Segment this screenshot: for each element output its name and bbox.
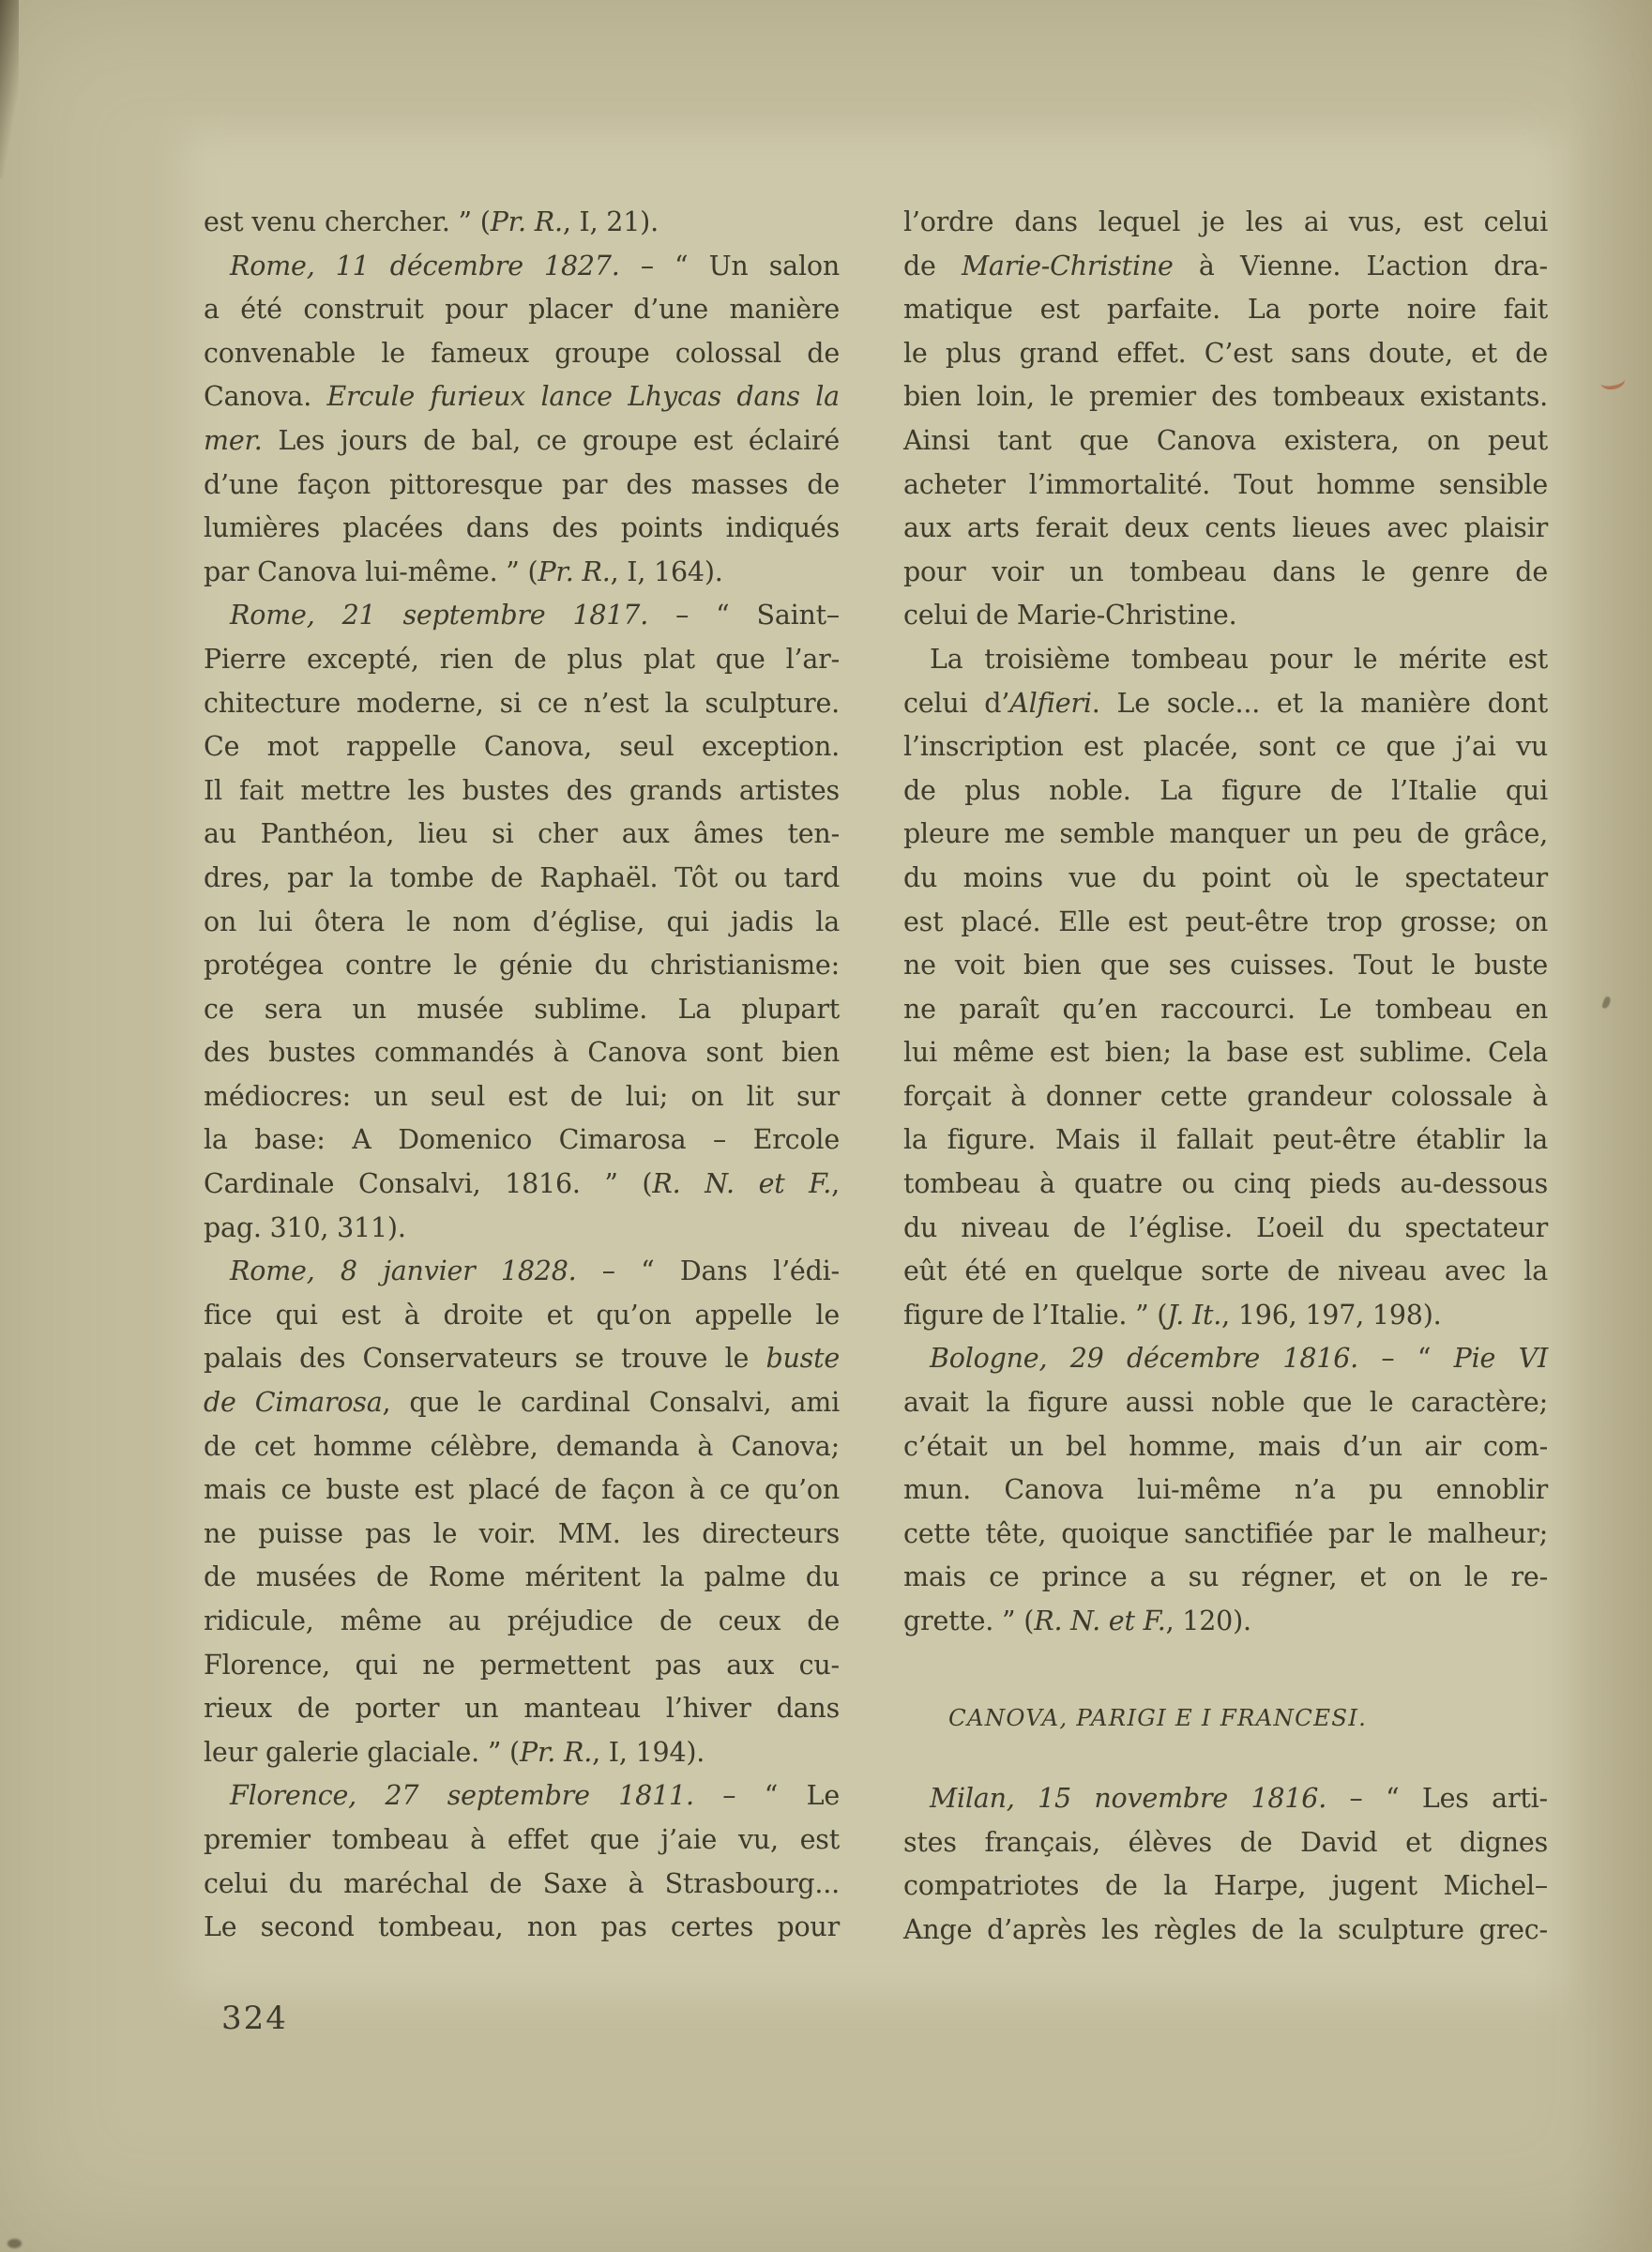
text-line: ce sera un musée sublime. La plupart: [204, 988, 840, 1032]
text-line: lumières placées dans des points indiqué…: [204, 507, 840, 551]
text-line: protégea contre le génie du christianism…: [204, 944, 840, 988]
text-line: celui d’Alfieri. Le socle... et la maniè…: [903, 682, 1548, 726]
text-line: a été construit pour placer d’une manièr…: [204, 288, 840, 332]
text-line: acheter l’immortalité. Tout homme sensib…: [903, 464, 1548, 508]
text-line: du moins vue du point où le spectateur: [903, 857, 1548, 901]
text-line: la figure. Mais il fallait peut-être éta…: [903, 1118, 1548, 1163]
text-line: cette tête, quoique sanctifiée par le ma…: [903, 1513, 1548, 1557]
section-heading: CANOVA, PARIGI E I FRANCESI.: [903, 1697, 1548, 1741]
text-line: rieux de porter un manteau l’hiver dans: [204, 1687, 840, 1731]
text-line: grette. ” (R. N. et F., 120).: [903, 1600, 1548, 1644]
text-line: au Panthéon, lieu si cher aux âmes ten-: [204, 813, 840, 857]
text-line: on lui ôtera le nom d’église, qui jadis …: [204, 901, 840, 945]
text-line: par Canova lui-même. ” (Pr. R., I, 164).: [204, 551, 840, 595]
text-line: mais ce buste est placé de façon à ce qu…: [204, 1468, 840, 1513]
text-line: figure de l’Italie. ” (J. It., 196, 197,…: [903, 1294, 1548, 1338]
text-line: palais des Conservateurs se trouve le bu…: [204, 1337, 840, 1381]
text-line: chitecture moderne, si ce n’est la sculp…: [204, 682, 840, 726]
text-line: avait la figure aussi noble que le carac…: [903, 1381, 1548, 1425]
text-line: l’ordre dans lequel je les ai vus, est c…: [903, 201, 1548, 245]
text-line: est venu chercher. ” (Pr. R., I, 21).: [204, 201, 840, 245]
scan-artifact-speck: [8, 2239, 22, 2248]
text-line: de Cimarosa, que le cardinal Consalvi, a…: [204, 1381, 840, 1425]
text-line: Milan, 15 novembre 1816. – “ Les arti-: [903, 1777, 1548, 1821]
text-line: de musées de Rome méritent la palme du: [204, 1556, 840, 1600]
text-line: matique est parfaite. La porte noire fai…: [903, 288, 1548, 332]
text-line: compatriotes de la Harpe, jugent Michel–: [903, 1864, 1548, 1909]
text-line: tombeau à quatre ou cinq pieds au-dessou…: [903, 1163, 1548, 1207]
text-line: eût été en quelque sorte de niveau avec …: [903, 1250, 1548, 1294]
text-line: mer. Les jours de bal, ce groupe est écl…: [204, 419, 840, 464]
text-line: la base: A Domenico Cimarosa – Ercole: [204, 1118, 840, 1163]
book-page: est venu chercher. ” (Pr. R., I, 21).Rom…: [0, 0, 1652, 2252]
text-line: lui même est bien; la base est sublime. …: [903, 1031, 1548, 1075]
left-text-column: est venu chercher. ” (Pr. R., I, 21).Rom…: [204, 201, 840, 1950]
text-line: leur galerie glaciale. ” (Pr. R., I, 194…: [204, 1731, 840, 1775]
text-line: stes français, élèves de David et dignes: [903, 1821, 1548, 1865]
text-line: Ange d’après les règles de la sculpture …: [903, 1909, 1548, 1953]
text-line: celui du maréchal de Saxe à Strasbourg..…: [204, 1863, 840, 1907]
text-line: forçait à donner cette grandeur colossal…: [903, 1075, 1548, 1119]
text-line: Pierre excepté, rien de plus plat que l’…: [204, 638, 840, 682]
text-line: Bologne, 29 décembre 1816. – “ Pie VI: [903, 1337, 1548, 1381]
text-line: convenable le fameux groupe colossal de: [204, 332, 840, 376]
text-line: mais ce prince a su régner, et on le re-: [903, 1556, 1548, 1600]
text-line: Florence, qui ne permettent pas aux cu-: [204, 1644, 840, 1688]
text-line: dres, par la tombe de Raphaël. Tôt ou ta…: [204, 857, 840, 901]
text-line: mun. Canova lui-même n’a pu ennoblir: [903, 1468, 1548, 1513]
text-line: c’était un bel homme, mais d’un air com-: [903, 1425, 1548, 1469]
text-line: aux arts ferait deux cents lieues avec p…: [903, 507, 1548, 551]
text-line: Rome, 21 septembre 1817. – “ Saint–: [204, 594, 840, 638]
text-line: fice qui est à droite et qu’on appelle l…: [204, 1294, 840, 1338]
text-line: pleure me semble manquer un peu de grâce…: [903, 813, 1548, 857]
text-line: le plus grand effet. C’est sans doute, e…: [903, 332, 1548, 376]
text-line: Rome, 8 janvier 1828. – “ Dans l’édi-: [204, 1250, 840, 1294]
text-line: Le second tombeau, non pas certes pour: [204, 1906, 840, 1950]
text-line: pag. 310, 311).: [204, 1207, 840, 1251]
text-line: Ce mot rappelle Canova, seul exception.: [204, 725, 840, 769]
text-line: Cardinale Consalvi, 1816. ” (R. N. et F.…: [204, 1163, 840, 1207]
text-line: du niveau de l’église. L’oeil du spectat…: [903, 1207, 1548, 1251]
right-text-column: l’ordre dans lequel je les ai vus, est c…: [903, 201, 1548, 1953]
text-line: des bustes commandés à Canova sont bien: [204, 1031, 840, 1075]
text-line: Florence, 27 septembre 1811. – “ Le: [204, 1774, 840, 1818]
text-line: est placé. Elle est peut-être trop gross…: [903, 901, 1548, 945]
text-line: pour voir un tombeau dans le genre de: [903, 551, 1548, 595]
scan-edge-shading: [1568, 0, 1652, 2252]
text-line: l’inscription est placée, sont ce que j’…: [903, 725, 1548, 769]
text-line: Il fait mettre les bustes des grands art…: [204, 769, 840, 814]
text-line: de cet homme célèbre, demanda à Canova;: [204, 1425, 840, 1469]
text-line: ne puisse pas le voir. MM. les directeur…: [204, 1513, 840, 1557]
text-line: Rome, 11 décembre 1827. – “ Un salon: [204, 245, 840, 289]
text-line: Canova. Ercule furieux lance Lhycas dans…: [204, 375, 840, 419]
text-line: ne paraît qu’en raccourci. Le tombeau en: [903, 988, 1548, 1032]
text-line: d’une façon pittoresque par des masses d…: [204, 464, 840, 508]
text-line: Ainsi tant que Canova existera, on peut: [903, 419, 1548, 464]
text-line: ne voit bien que ses cuisses. Tout le bu…: [903, 944, 1548, 988]
text-line: de Marie-Christine à Vienne. L’action dr…: [903, 245, 1548, 289]
text-line: premier tombeau à effet que j’aie vu, es…: [204, 1818, 840, 1863]
text-line: ridicule, même au préjudice de ceux de: [204, 1600, 840, 1644]
text-line: de plus noble. La figure de l’Italie qui: [903, 769, 1548, 814]
text-line: bien loin, le premier des tombeaux exist…: [903, 375, 1548, 419]
page-number: 324: [221, 1997, 288, 2040]
text-line: La troisième tombeau pour le mérite est: [903, 638, 1548, 682]
scan-edge-shadow: [0, 0, 19, 178]
text-line: celui de Marie-Christine.: [903, 594, 1548, 638]
text-line: médiocres: un seul est de lui; on lit su…: [204, 1075, 840, 1119]
